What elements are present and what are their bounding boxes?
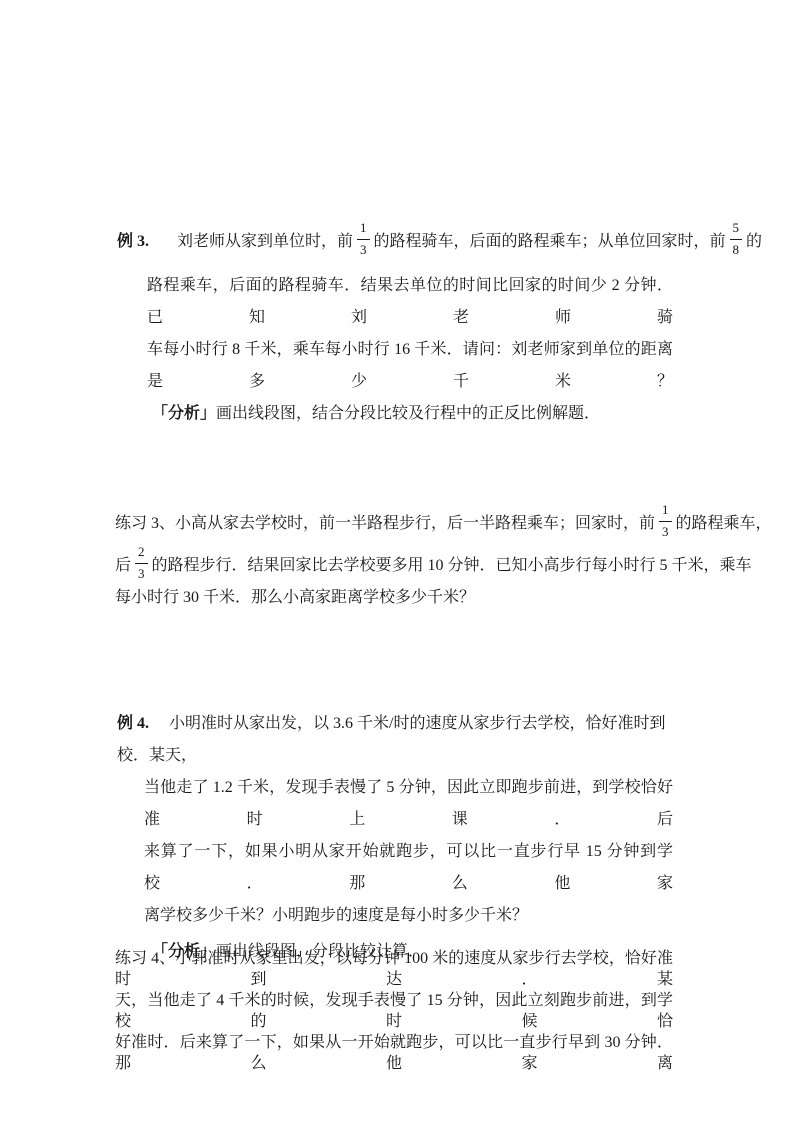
text-run: 的路程步行．结果回家比去学校要多用 10 分钟．已知小高步行每小时行 5 千米，… [152,552,752,575]
fraction-numerator: 5 [730,221,743,239]
ex4-label: 例 4. [117,708,169,740]
fraction-denominator: 8 [730,240,743,257]
ex3-line-3: 车每小时行 8 千米，乘车每小时行 16 千米．请问：刘老师家到单位的距离是多少… [147,334,673,398]
fraction-denominator: 3 [135,564,148,581]
pr4-line-2: 天，当他走了 4 千米的时候，发现手表慢了 15 分钟，因此立刻跑步前进，到学校… [115,990,673,1032]
ex3-line-1: 例 3. 刘老师从家到单位时，前 1 3 的路程骑车，后面的路程乘车；从单位回家… [117,216,673,262]
problem-example-4: 例 4.小明准时从家出发，以 3.6 千米/时的速度从家步行去学校，恰好准时到校… [117,708,673,968]
text-run: 的路程骑车，后面的路程乘车；从单位回家时，前 [374,228,726,251]
problem-practice-4: 练习 4、小郭准时从家里出发，以每分钟 100 米的速度从家步行去学校，恰好准时… [115,948,673,1074]
ex4-line-2: 当他走了 1.2 千米，发现手表慢了 5 分钟，因此立即跑步前进，到学校恰好准时… [144,772,673,836]
problem-example-3: 例 3. 刘老师从家到单位时，前 1 3 的路程骑车，后面的路程乘车；从单位回家… [117,216,673,430]
pr3-line-1: 练习 3、小高从家去学校时，前一半路程步行，后一半路程乘车；回家时，前 1 3 … [115,500,673,542]
pr3-line-3: 每小时行 30 千米．那么小高家距离学校多少千米？ [115,584,673,611]
ex3-line-2: 路程乘车，后面的路程骑车．结果去单位的时间比回家的时间少 2 分钟．已知刘老师骑 [147,270,673,334]
ex3-analysis: 「分析」画出线段图，结合分段比较及行程中的正反比例解题． [152,398,673,430]
fraction-numerator: 1 [357,221,370,239]
ex4-line-3: 来算了一下，如果小明从家开始就跑步，可以比一直步行早 15 分钟到学校．那么他家 [144,836,673,900]
pr4-line-3: 好准时．后来算了一下，如果从一开始就跑步，可以比一直步行早到 30 分钟．那么他… [115,1032,673,1074]
text-run: 后 [115,552,131,575]
text-run: 练习 3、小高从家去学校时，前一半路程步行，后一半路程乘车；回家时，前 [115,510,655,533]
fraction-five-eighths: 5 8 [730,221,743,257]
pr4-line-1: 练习 4、小郭准时从家里出发，以每分钟 100 米的速度从家步行去学校，恰好准时… [115,948,673,990]
fraction-numerator: 2 [135,545,148,563]
analysis-label: 「分析」 [152,405,216,422]
fraction-denominator: 3 [357,240,370,257]
text-run: 刘老师从家到单位时，前 [177,228,353,251]
fraction-numerator: 1 [659,503,672,521]
fraction-one-third: 1 3 [659,503,672,539]
fraction-one-third: 1 3 [357,221,370,257]
ex4-line-1: 例 4.小明准时从家出发，以 3.6 千米/时的速度从家步行去学校，恰好准时到校… [117,708,673,772]
ex3-label: 例 3. [117,228,177,251]
pr3-line-2: 后 2 3 的路程步行．结果回家比去学校要多用 10 分钟．已知小高步行每小时行… [115,542,673,584]
worksheet-page: 例 3. 刘老师从家到单位时，前 1 3 的路程骑车，后面的路程乘车；从单位回家… [0,0,793,1122]
problem-practice-3: 练习 3、小高从家去学校时，前一半路程步行，后一半路程乘车；回家时，前 1 3 … [115,500,673,611]
text-run: 小明准时从家出发，以 3.6 千米/时的速度从家步行去学校，恰好准时到校．某天， [117,715,665,764]
analysis-text: 画出线段图，结合分段比较及行程中的正反比例解题． [216,405,600,422]
fraction-two-thirds: 2 3 [135,545,148,581]
text-run: 的路程乘车， [676,510,772,533]
fraction-denominator: 3 [659,522,672,539]
ex4-line-4: 离学校多少千米？小明跑步的速度是每小时多少千米？ [144,900,673,932]
text-run: 的 [746,228,762,251]
